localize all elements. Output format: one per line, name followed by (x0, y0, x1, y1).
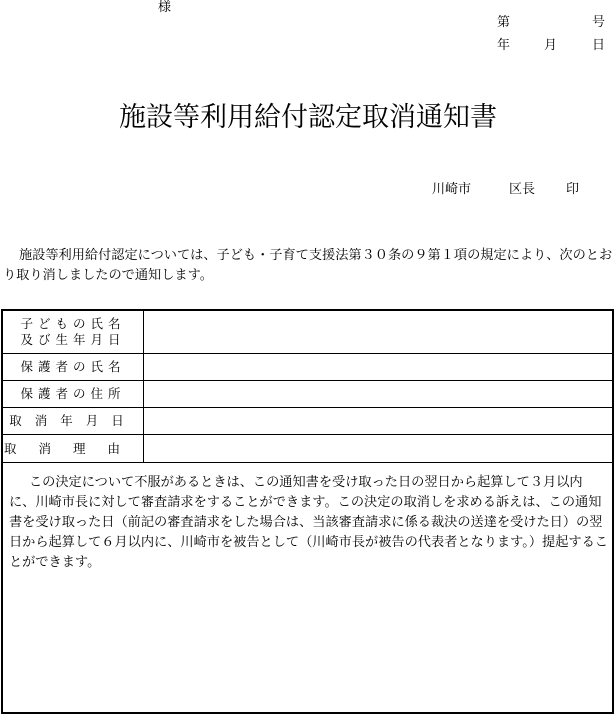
issuer-city: 川崎市 (432, 182, 509, 198)
issuer: 川崎市区長印 (432, 182, 579, 198)
field-cancel-date[interactable] (144, 408, 612, 434)
field-guardian-name[interactable] (144, 354, 612, 380)
label-cancel-date: 取消年月日 (3, 408, 144, 434)
appeal-notice-text: この決定について不服があるときは、この通知書を受け取った日の翌日から起算して３月… (9, 473, 608, 573)
label-cancel-reason: 取消理由 (3, 435, 144, 462)
date-day: 日 (592, 38, 605, 54)
table-row-cancel-reason: 取消理由 (3, 435, 612, 463)
field-guardian-address[interactable] (144, 381, 612, 407)
document-title: 施設等利用給付認定取消通知書 (0, 100, 616, 136)
label-child-name-birthdate: 子どもの氏名 及び生年月日 (3, 311, 144, 353)
document-number-suffix: 号 (592, 15, 605, 31)
table-row-guardian-name: 保護者の氏名 (3, 354, 612, 381)
table-row-cancel-date: 取消年月日 (3, 408, 612, 435)
seal-mark: 印 (566, 182, 579, 198)
table-row-guardian-address: 保護者の住所 (3, 381, 612, 408)
field-cancel-reason[interactable] (144, 435, 612, 462)
addressee-honorific: 様 (158, 0, 171, 16)
label-guardian-address: 保護者の住所 (3, 381, 144, 407)
label-guardian-name: 保護者の氏名 (3, 354, 144, 380)
table-row-child: 子どもの氏名 及び生年月日 (3, 311, 612, 354)
date-month: 月 (544, 38, 557, 54)
field-child-name-birthdate[interactable] (144, 311, 612, 353)
issuer-ward-head: 区長 (509, 182, 566, 198)
document-number-prefix: 第 (497, 15, 510, 31)
body-text: 施設等利用給付認定については、子ども・子育て支援法第３０条の９第１項の規定により… (3, 246, 615, 286)
body-paragraph: 施設等利用給付認定については、子ども・子育て支援法第３０条の９第１項の規定により… (3, 246, 615, 286)
cancellation-form-table: 子どもの氏名 及び生年月日 保護者の氏名 保護者の住所 取消年月日 取消理由 こ… (1, 309, 614, 714)
date-year: 年 (497, 38, 510, 54)
appeal-notice: この決定について不服があるときは、この通知書を受け取った日の翌日から起算して３月… (3, 463, 612, 712)
